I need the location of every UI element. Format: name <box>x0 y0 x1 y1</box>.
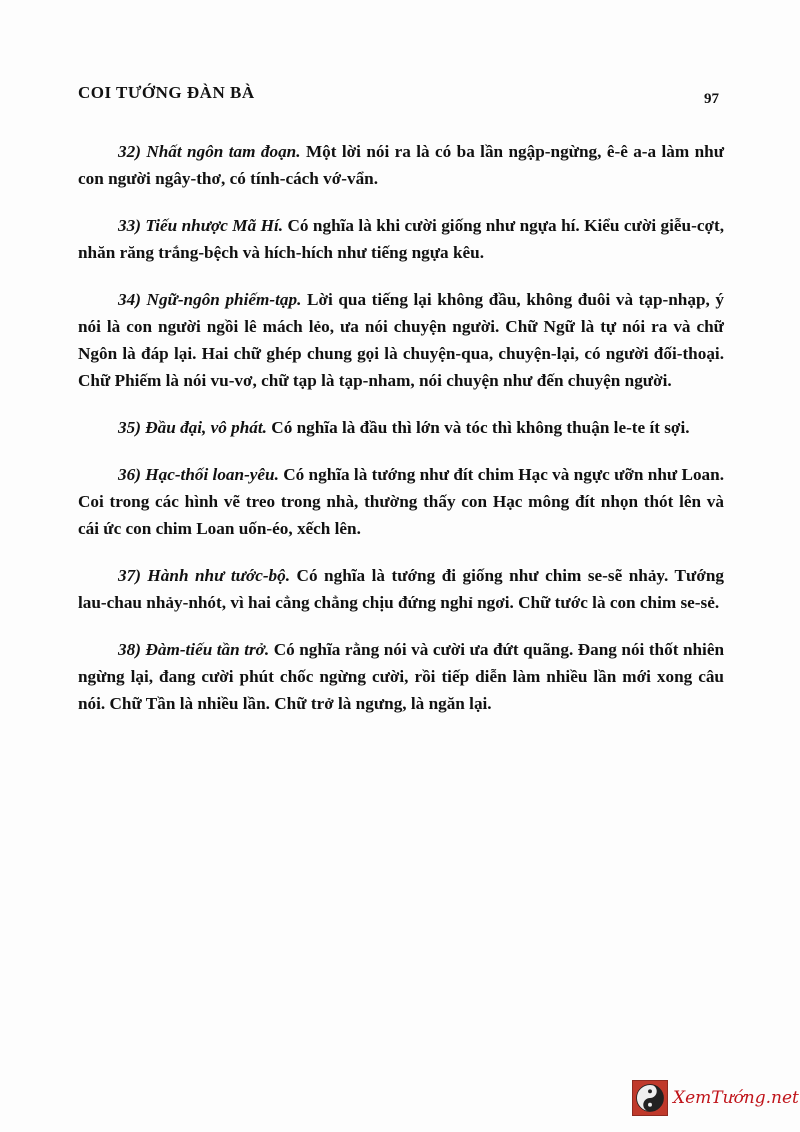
entry-37: 37) Hành như tước-bộ. Có nghĩa là tướng … <box>78 562 724 616</box>
page-body: 32) Nhất ngôn tam đoạn. Một lời nói ra l… <box>78 138 724 737</box>
entry-number: 37) <box>118 566 141 585</box>
entry-number: 35) <box>118 418 141 437</box>
entry-term: Nhất ngôn tam đoạn. <box>146 142 300 161</box>
watermark-text: XemTướng.net <box>673 1088 799 1108</box>
yin-yang-icon <box>632 1080 668 1116</box>
entry-number: 36) <box>118 465 141 484</box>
entry-term: Tiếu nhược Mã Hí. <box>145 216 283 235</box>
entry-number: 32) <box>118 142 141 161</box>
entry-36: 36) Hạc-thối loan-yêu. Có nghĩa là tướng… <box>78 461 724 542</box>
entry-term: Đầu đại, vô phát. <box>145 418 267 437</box>
entry-33: 33) Tiếu nhược Mã Hí. Có nghĩa là khi cư… <box>78 212 724 266</box>
entry-number: 34) <box>118 290 141 309</box>
entry-text: Có nghĩa là đầu thì lớn và tóc thì không… <box>271 418 689 437</box>
watermark-logo: XemTướng.net <box>632 1080 799 1116</box>
running-title: COI TƯỚNG ĐÀN BÀ <box>78 83 255 103</box>
page-number: 97 <box>704 91 719 108</box>
entry-38: 38) Đàm-tiếu tần trở. Có nghĩa rằng nói … <box>78 636 724 717</box>
entry-term: Ngữ-ngôn phiếm-tạp. <box>147 290 302 309</box>
entry-term: Hành như tước-bộ. <box>147 566 290 585</box>
entry-32: 32) Nhất ngôn tam đoạn. Một lời nói ra l… <box>78 138 724 192</box>
entry-number: 33) <box>118 216 141 235</box>
book-page: COI TƯỚNG ĐÀN BÀ 97 32) Nhất ngôn tam đo… <box>0 0 800 1132</box>
entry-35: 35) Đầu đại, vô phát. Có nghĩa là đầu th… <box>78 414 724 441</box>
entry-term: Hạc-thối loan-yêu. <box>145 465 279 484</box>
entry-34: 34) Ngữ-ngôn phiếm-tạp. Lời qua tiếng lạ… <box>78 286 724 394</box>
entry-term: Đàm-tiếu tần trở. <box>145 640 269 659</box>
entry-number: 38) <box>118 640 141 659</box>
